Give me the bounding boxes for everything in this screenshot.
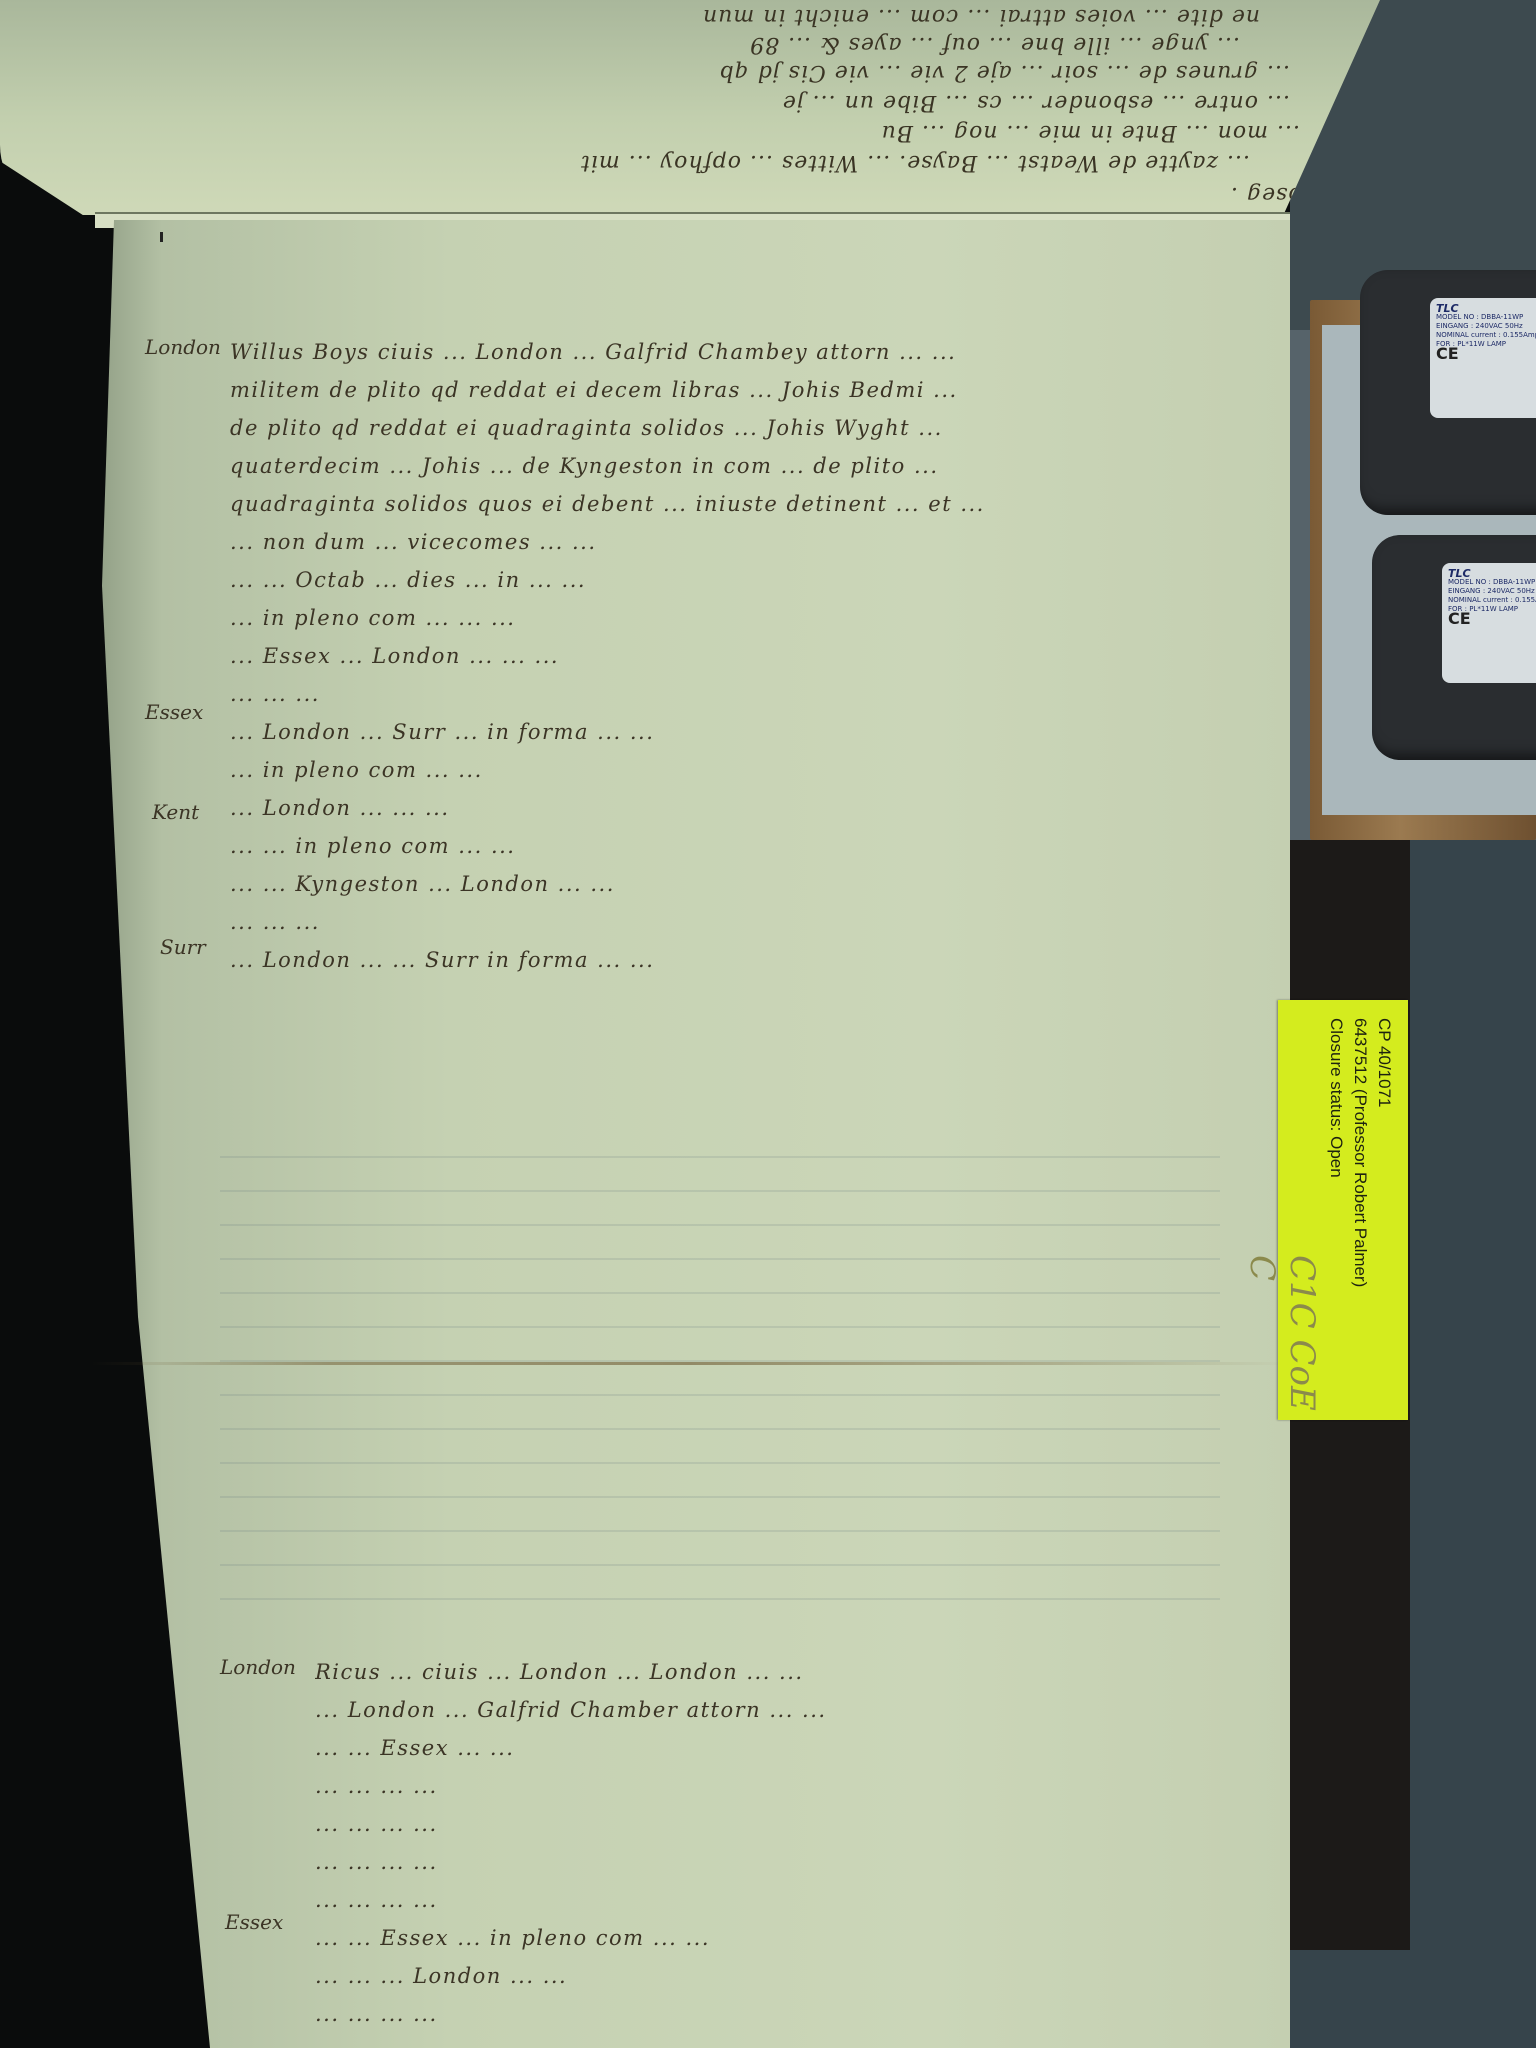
upside-down-text-line: ... mon ... Bnte in mie ... nog ... Bu <box>50 120 1300 145</box>
upper-membrane: ne dite ... voies attrai ... com ... eni… <box>0 0 1380 215</box>
script-line: ... London ... ... ... <box>230 796 1290 834</box>
script-line: ... ... ... <box>230 682 1290 720</box>
closure-status: Closure status: Open <box>1324 1018 1348 1398</box>
upside-down-text-line: ... grunes de ... soir ... aje 2 vie ...… <box>40 60 1290 85</box>
margin-note: Essex <box>145 700 203 724</box>
script-line: de plito qd reddat ei quadraginta solido… <box>230 416 1290 454</box>
pencil-annotation: C1C CoE C <box>1242 1255 1322 1415</box>
faded-showthrough-text <box>220 1130 1220 1610</box>
script-line: ... ... ... ... <box>315 1888 1275 1926</box>
script-line: militem de plito qd reddat ei decem libr… <box>230 378 1290 416</box>
archive-reference-label: CP 40/1071 6437512 (Professor Robert Pal… <box>1278 1000 1408 1420</box>
power-adapter: TLC MODEL NO : DBBA-11WP EINGANG : 240VA… <box>1360 270 1536 515</box>
upside-down-text-line: ne dite ... voies attrai ... com ... eni… <box>60 4 1260 29</box>
margin-heading: London <box>145 335 221 359</box>
upside-down-text-line: ... zaytte de Weatst ... Bayse. ... Witt… <box>50 150 1250 175</box>
script-line: ... ... Kyngeston ... London ... ... <box>230 872 1290 910</box>
margin-note: Essex <box>225 1910 283 1934</box>
margin-note: Kent <box>152 800 199 824</box>
script-line: ... in pleno com ... ... ... <box>230 606 1290 644</box>
script-line: ... ... in pleno com ... ... <box>230 834 1290 872</box>
script-line: ... ... ... London ... ... <box>315 1964 1275 2002</box>
script-line: quaterdecim ... Johis ... de Kyngeston i… <box>230 454 1290 492</box>
order-number: 6437512 (Professor Robert Palmer) <box>1348 1018 1372 1398</box>
script-line: ... ... Octab ... dies ... in ... ... <box>230 568 1290 606</box>
background-table <box>1410 840 1536 2048</box>
ce-mark-icon: CE <box>1448 614 1536 623</box>
document-reference: CP 40/1071 <box>1372 1018 1396 1398</box>
script-line: Ricus ... ciuis ... London ... London ..… <box>315 1660 1275 1698</box>
background-table <box>1280 1950 1536 2048</box>
script-line: ... ... ... ... <box>315 1774 1275 1812</box>
upside-down-text-line: ... ynge ... ille bne ... ouf ... ayes &… <box>40 32 1240 57</box>
script-line: Willus Boys ciuis ... London ... Galfrid… <box>230 340 1290 378</box>
script-line: ... London ... Galfrid Chamber attorn ..… <box>315 1698 1275 1736</box>
script-line: ... London ... ... Surr in forma ... ... <box>230 948 1290 986</box>
script-line: ... ... ... ... <box>315 1850 1275 1888</box>
adapter-label: TLC MODEL NO : DBBA-11WP EINGANG : 240VA… <box>1442 563 1536 683</box>
script-line: quadraginta solidos quos ei debent ... i… <box>230 492 1290 530</box>
script-line: ... ... Essex ... in pleno com ... ... <box>315 1926 1275 1964</box>
script-line: ... ... Essex ... ... <box>315 1736 1275 1774</box>
adapter-label: TLC MODEL NO : DBBA-11WP EINGANG : 240VA… <box>1430 298 1536 418</box>
script-line: ... ... ... ... <box>315 2002 1275 2040</box>
script-line: ... ... ... ... <box>315 1812 1275 1850</box>
script-line: ... non dum ... vicecomes ... ... <box>230 530 1290 568</box>
ink-mark <box>160 232 163 242</box>
script-line: ... in pleno com ... ... <box>230 758 1290 796</box>
power-adapter: TLC MODEL NO : DBBA-11WP EINGANG : 240VA… <box>1372 535 1536 760</box>
membrane-crease <box>90 1362 1290 1365</box>
ce-mark-icon: CE <box>1436 349 1536 358</box>
plea-entry: Willus Boys ciuis ... London ... Galfrid… <box>230 340 1290 986</box>
margin-heading: London <box>220 1655 296 1679</box>
margin-note: Surr <box>160 935 206 959</box>
script-line: ... Essex ... London ... ... ... <box>230 644 1290 682</box>
plea-entry: Ricus ... ciuis ... London ... London ..… <box>315 1660 1275 2040</box>
script-line: ... ... ... <box>230 910 1290 948</box>
label-text: CP 40/1071 6437512 (Professor Robert Pal… <box>1324 1018 1396 1398</box>
upside-down-text-line: ... ontre ... esbonder ... cs ... Bibe u… <box>40 90 1290 115</box>
script-line: ... London ... Surr ... in forma ... ... <box>230 720 1290 758</box>
